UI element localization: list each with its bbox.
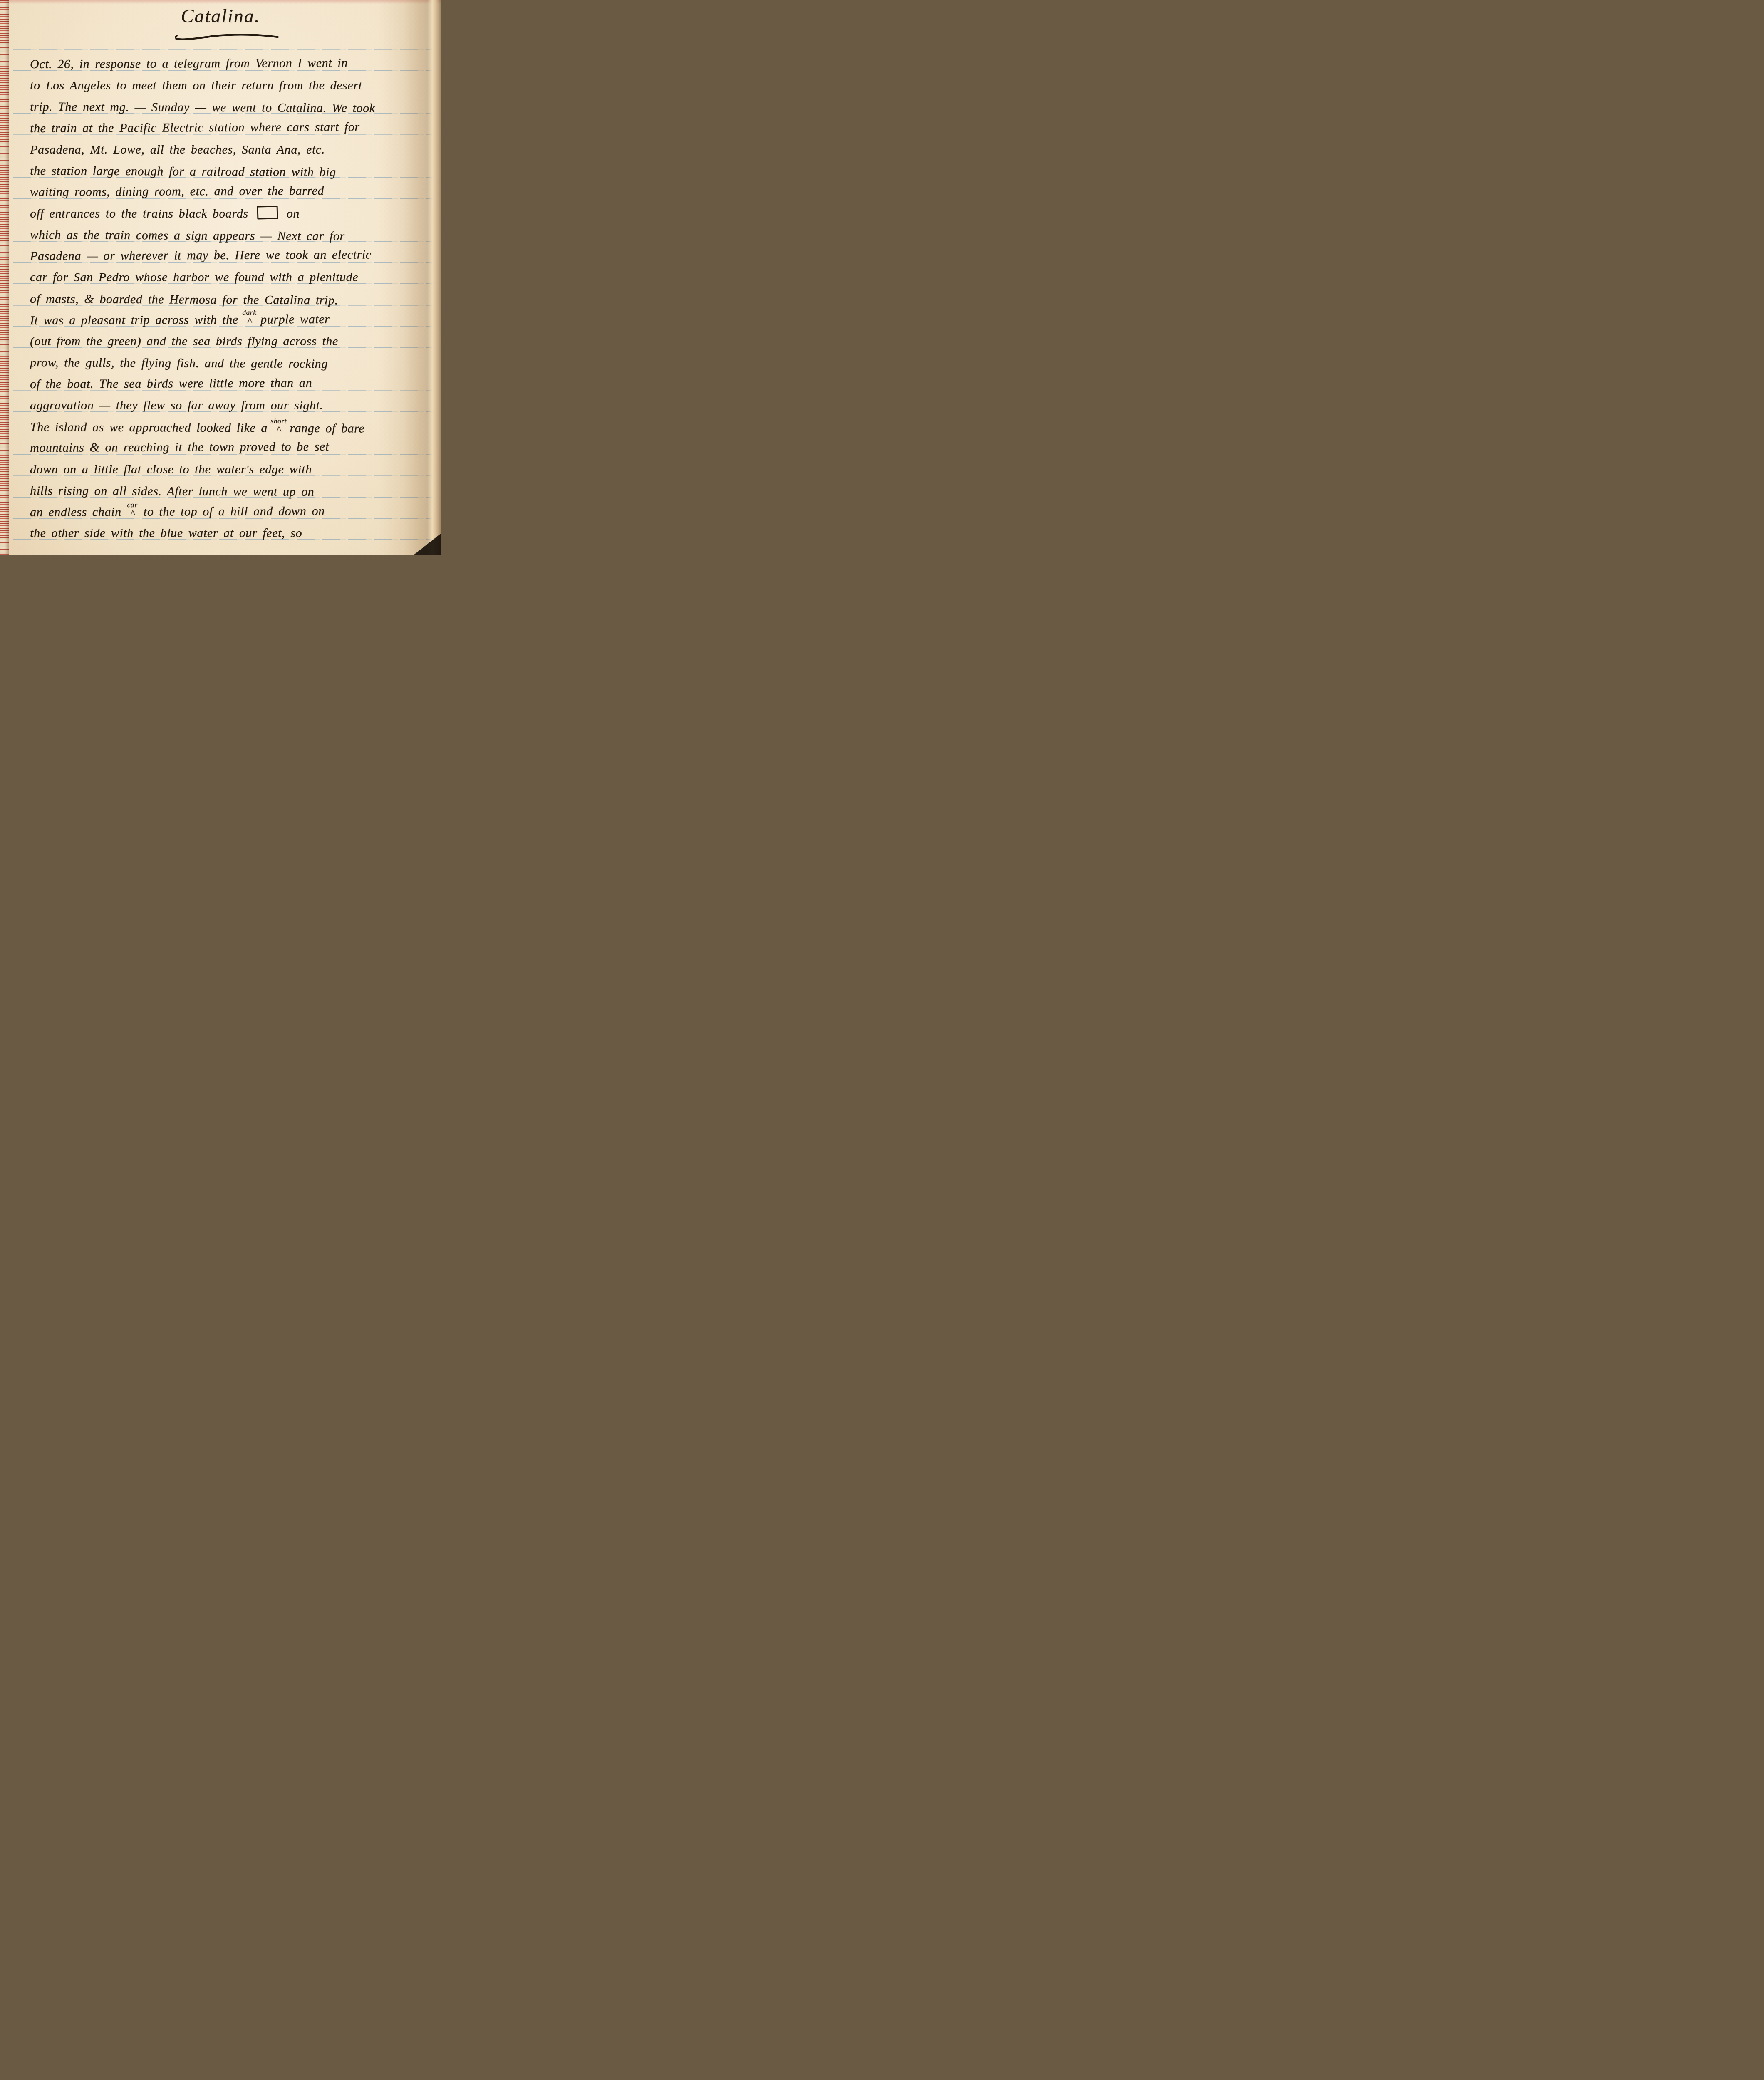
- handwritten-line: Oct. 26, in response to a telegram from …: [30, 54, 432, 73]
- handwritten-line: trip. The next mg. — Sunday — we went to…: [30, 99, 432, 117]
- inserted-word: dark^: [244, 311, 255, 323]
- handwritten-line: down on a little flat close to the water…: [30, 461, 432, 478]
- handwritten-line: prow, the gulls, the flying fish. and th…: [30, 354, 432, 373]
- blackboard-rectangle-sketch: [257, 206, 278, 219]
- handwritten-line: car for San Pedro whose harbor we found …: [30, 269, 432, 286]
- handwritten-line: to Los Angeles to meet them on their ret…: [30, 77, 432, 94]
- journal-page: Catalina. Oct. 26, in response to a tele…: [0, 0, 441, 555]
- handwritten-line: aggravation — they flew so far away from…: [30, 397, 432, 414]
- handwritten-line: mountains & on reaching it the town prov…: [30, 438, 432, 456]
- handwritten-line: the train at the Pacific Electric statio…: [30, 118, 432, 136]
- book-fore-edge: [0, 0, 9, 555]
- handwritten-lines: Oct. 26, in response to a telegram from …: [0, 0, 441, 555]
- inserted-word: car^: [126, 503, 138, 516]
- handwritten-line: the station large enough for a railroad …: [30, 163, 432, 181]
- handwritten-line: Pasadena — or wherever it may be. Here w…: [30, 246, 432, 265]
- handwritten-line: It was a pleasant trip across with the d…: [30, 310, 432, 329]
- handwritten-line: off entrances to the trains black boards…: [30, 206, 432, 222]
- handwritten-line: which as the train comes a sign appears …: [30, 227, 432, 245]
- handwritten-line: of the boat. The sea birds were little m…: [30, 374, 432, 392]
- handwritten-line: the other side with the blue water at ou…: [30, 525, 432, 542]
- handwritten-line: Pasadena, Mt. Lowe, all the beaches, San…: [30, 141, 432, 158]
- handwritten-line: hills rising on all sides. After lunch w…: [30, 483, 432, 501]
- inserted-word: short^: [273, 420, 284, 432]
- handwritten-line: of masts, & boarded the Hermosa for the …: [30, 291, 432, 309]
- handwritten-line: waiting rooms, dining room, etc. and ove…: [30, 182, 432, 201]
- handwritten-line: (out from the green) and the sea birds f…: [30, 333, 432, 350]
- handwritten-line: The island as we approached looked like …: [30, 418, 432, 437]
- handwritten-line: an endless chain car^ to the top of a hi…: [30, 502, 432, 520]
- page-top-edge-tint: [9, 0, 441, 4]
